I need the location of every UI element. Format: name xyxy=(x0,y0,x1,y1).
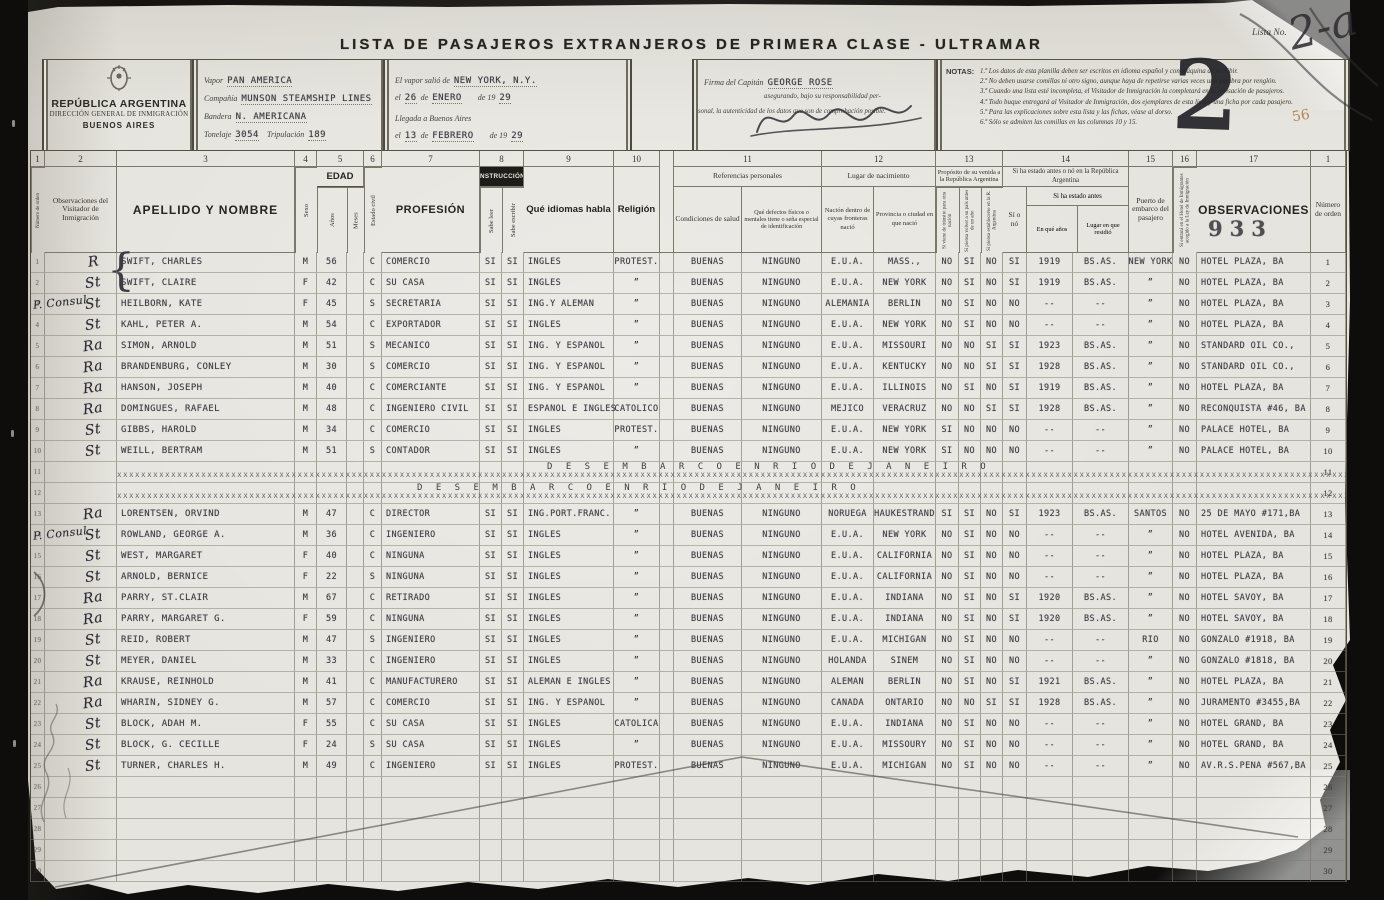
cell-num: 24 xyxy=(31,735,45,756)
cell-defectos xyxy=(742,840,822,861)
cell-anios: 47 xyxy=(317,630,347,651)
cell-nacion: E.U.A. xyxy=(822,735,874,756)
cell-lee: SI xyxy=(480,294,502,315)
cell-meses xyxy=(347,861,364,882)
cell-hotel xyxy=(1173,840,1197,861)
org-line2: DIRECCIÓN GENERAL DE INMIGRACIÓN xyxy=(44,111,194,118)
cell-blank xyxy=(660,588,674,609)
cell-p2: NO xyxy=(959,441,981,462)
cell-nacion: E.U.A. xyxy=(822,441,874,462)
cell-anos xyxy=(1027,840,1073,861)
cell-obs: HOTEL PLAZA, BA xyxy=(1197,378,1311,399)
cell-defectos: NINGUNO xyxy=(742,525,822,546)
cell-religion: PROTEST. xyxy=(614,420,660,441)
cell-anos: 1920 xyxy=(1027,588,1073,609)
cell-sexo: F xyxy=(295,609,317,630)
nota-item: 6.ª Sólo se admiten las comillas en las … xyxy=(980,118,1344,128)
cell-obs: HOTEL PLAZA, BA xyxy=(1197,273,1311,294)
cell-num: 30 xyxy=(31,861,45,882)
cell-nacion: E.U.A. xyxy=(822,609,874,630)
cell-orden: 2 xyxy=(1311,273,1346,294)
cell-orden: 3 xyxy=(1311,294,1346,315)
colnum-13: 13 xyxy=(936,151,1003,167)
org-line3: BUENOS AIRES xyxy=(44,121,194,130)
cell-meses xyxy=(347,840,364,861)
cell-obs xyxy=(1197,819,1311,840)
visitador-mark: R xyxy=(87,253,100,270)
header-observaciones-visitador: Observaciones del Visitador de Inmigraci… xyxy=(45,167,117,253)
cell-lugar: -- xyxy=(1073,756,1129,777)
cell-puerto: ” xyxy=(1129,693,1173,714)
cell-lee: SI xyxy=(480,672,502,693)
cell-obs: HOTEL SAVOY, BA xyxy=(1197,588,1311,609)
cell-religion: ” xyxy=(614,294,660,315)
cell-hotel: NO xyxy=(1173,567,1197,588)
cell-anios: 49 xyxy=(317,756,347,777)
cell-puerto: ” xyxy=(1129,294,1173,315)
cell-sino: SI xyxy=(1003,693,1027,714)
cell-hotel: NO xyxy=(1173,525,1197,546)
cell-idiomas xyxy=(524,819,614,840)
cell-salud: BUENAS xyxy=(674,294,742,315)
cell-obs: HOTEL PLAZA, BA xyxy=(1197,567,1311,588)
cell-profesion: MANUFACTURERO xyxy=(382,672,480,693)
cell-provincia xyxy=(874,840,936,861)
cell-p3: NO xyxy=(981,294,1003,315)
cell-blank xyxy=(660,819,674,840)
cell-estado: S xyxy=(364,336,382,357)
header-si-o-no: Sí o nó xyxy=(1003,187,1027,253)
tonelaje-label: Tonelaje xyxy=(204,130,231,139)
cell-meses xyxy=(347,672,364,693)
cell-escribe: SI xyxy=(502,336,524,357)
header-puerto-embarco: Puerto de embarco del pasajero xyxy=(1129,167,1173,253)
cell-lee: SI xyxy=(480,273,502,294)
colnum-11: 11 xyxy=(674,151,822,167)
header-transito: Si viene de tránsito para otra nación xyxy=(936,187,959,253)
tripulacion-label: Tripulación xyxy=(267,130,304,139)
cell-lugar: BS.AS. xyxy=(1073,378,1129,399)
cell-orden: 29 xyxy=(1311,840,1346,861)
cell-lugar xyxy=(1073,777,1129,798)
cell-meses xyxy=(347,588,364,609)
header-meses: Meses xyxy=(347,187,364,253)
cell-p1: NO xyxy=(936,651,959,672)
cell-p1 xyxy=(936,861,959,882)
colnum-last: 1 xyxy=(1311,151,1346,167)
cell-obs: GONZALO #1918, BA xyxy=(1197,630,1311,651)
cell-mark: Ra xyxy=(45,399,117,420)
cell-num: 1 xyxy=(31,252,45,273)
colnum-14: 14 xyxy=(1003,151,1129,167)
cell-sexo xyxy=(295,819,317,840)
cell-salud: BUENAS xyxy=(674,735,742,756)
cell-provincia: INDIANA xyxy=(874,609,936,630)
cell-hotel: NO xyxy=(1173,336,1197,357)
page-subtitle: DE PRIMERA CLASE - ULTRAMAR xyxy=(716,36,1043,53)
cell-p1: NO xyxy=(936,336,959,357)
cell-salud: BUENAS xyxy=(674,357,742,378)
cell-provincia: MISSOURY xyxy=(874,735,936,756)
cell-hotel: NO xyxy=(1173,588,1197,609)
header-lugar-residio: Lugar en que residió xyxy=(1078,206,1128,252)
cell-blank xyxy=(660,651,674,672)
cell-nacion: E.U.A. xyxy=(822,588,874,609)
cell-estado: S xyxy=(364,294,382,315)
cell-lee: SI xyxy=(480,567,502,588)
cell-blank xyxy=(660,399,674,420)
header-hotel-inmigrantes: Si entrará en el Hotel de Inmigrantes ac… xyxy=(1173,167,1197,253)
cell-anos: -- xyxy=(1027,756,1073,777)
cell-orden: 9 xyxy=(1311,420,1346,441)
cell-estado: S xyxy=(364,441,382,462)
cell-idiomas: ING. Y ESPANOL xyxy=(524,336,614,357)
cell-name: MEYER, DANIEL xyxy=(117,651,295,672)
cell-puerto: ” xyxy=(1129,651,1173,672)
header-provincia: Provincia o ciudad en que nació xyxy=(874,187,936,253)
cell-defectos: NINGUNO xyxy=(742,378,822,399)
cell-hotel: NO xyxy=(1173,672,1197,693)
cell-name xyxy=(117,861,295,882)
cell-lugar: BS.AS. xyxy=(1073,336,1129,357)
de19-label: de 19 xyxy=(490,131,508,140)
cell-salud xyxy=(674,798,742,819)
visitador-mark: Ra xyxy=(82,400,104,419)
cell-orden: 1 xyxy=(1311,252,1346,273)
cell-num: 17 xyxy=(31,588,45,609)
header-sexo: Sexo xyxy=(295,167,317,253)
cell-defectos: NINGUNO xyxy=(742,357,822,378)
cell-p1: NO xyxy=(936,588,959,609)
cell-hotel: NO xyxy=(1173,630,1197,651)
cell-name: LORENTSEN, ORVIND xyxy=(117,504,295,525)
cell-profesion xyxy=(382,861,480,882)
cell-anios: 33 xyxy=(317,651,347,672)
cell-lee: SI xyxy=(480,504,502,525)
cell-anios: 36 xyxy=(317,525,347,546)
cell-mark: St xyxy=(45,546,117,567)
cell-meses xyxy=(347,336,364,357)
cell-provincia: MICHIGAN xyxy=(874,630,936,651)
cell-puerto xyxy=(1129,798,1173,819)
cell-p2: SI xyxy=(959,672,981,693)
cell-obs: HOTEL PLAZA, BA xyxy=(1197,294,1311,315)
cell-anos: -- xyxy=(1027,294,1073,315)
cell-escribe: SI xyxy=(502,672,524,693)
cell-lugar: -- xyxy=(1073,315,1129,336)
vapor-value: PAN AMERICA xyxy=(227,76,292,87)
cell-blank xyxy=(660,609,674,630)
cell-sino: NO xyxy=(1003,630,1027,651)
cell-obs xyxy=(1197,798,1311,819)
cell-idiomas: INGLES xyxy=(524,735,614,756)
cell-escribe xyxy=(502,861,524,882)
cell-puerto: ” xyxy=(1129,609,1173,630)
cell-idiomas: INGLES xyxy=(524,756,614,777)
cell-name: DOMINGUES, RAFAEL xyxy=(117,399,295,420)
cell-mark xyxy=(45,840,117,861)
cell-meses xyxy=(347,798,364,819)
cell-sexo: M xyxy=(295,336,317,357)
colnum-7: 7 xyxy=(382,151,480,167)
cell-hotel: NO xyxy=(1173,504,1197,525)
argentina-crest-icon xyxy=(106,64,132,94)
cell-puerto xyxy=(1129,861,1173,882)
cell-lee xyxy=(480,798,502,819)
cell-salud: BUENAS xyxy=(674,567,742,588)
header-left-orden: Número de orden xyxy=(31,167,45,253)
cell-salud: BUENAS xyxy=(674,420,742,441)
cell-p3 xyxy=(981,861,1003,882)
cell-p1 xyxy=(936,840,959,861)
cell-p3: SI xyxy=(981,693,1003,714)
salio-port: NEW YORK, N.Y. xyxy=(454,76,537,87)
cell-p1: NO xyxy=(936,735,959,756)
cell-orden: 17 xyxy=(1311,588,1346,609)
cell-obs: STANDARD OIL CO., xyxy=(1197,357,1311,378)
cell-nacion xyxy=(822,777,874,798)
cell-sexo: F xyxy=(295,546,317,567)
cell-p3: NO xyxy=(981,588,1003,609)
cell-profesion: NINGUNA xyxy=(382,546,480,567)
cell-p1: NO xyxy=(936,294,959,315)
cell-salud: BUENAS xyxy=(674,693,742,714)
lista-no-handwritten: 2-a xyxy=(1283,0,1362,61)
cell-estado: C xyxy=(364,546,382,567)
cell-profesion: MECANICO xyxy=(382,336,480,357)
cell-salud xyxy=(674,819,742,840)
cell-blank xyxy=(660,546,674,567)
cell-puerto: ” xyxy=(1129,756,1173,777)
cell-lugar xyxy=(1073,840,1129,861)
el-label: el xyxy=(395,93,401,102)
cell-mark: Ra xyxy=(45,672,117,693)
cell-p2: SI xyxy=(959,651,981,672)
cell-lugar: BS.AS. xyxy=(1073,672,1129,693)
binding-stitch xyxy=(11,430,14,437)
cell-estado: C xyxy=(364,504,382,525)
cell-sino: NO xyxy=(1003,441,1027,462)
cell-religion: PROTEST. xyxy=(614,756,660,777)
cell-p1: NO xyxy=(936,693,959,714)
cell-obs: JURAMENTO #3455,BA xyxy=(1197,693,1311,714)
colnum-12: 12 xyxy=(822,151,936,167)
cell-escribe xyxy=(502,798,524,819)
de-label: de xyxy=(421,93,429,102)
cell-anios: 40 xyxy=(317,546,347,567)
cell-name xyxy=(117,798,295,819)
cell-escribe: SI xyxy=(502,252,524,273)
cell-orden: 13 xyxy=(1311,504,1346,525)
cell-sino: NO xyxy=(1003,294,1027,315)
cell-mark: Ra xyxy=(45,504,117,525)
cell-nacion xyxy=(822,861,874,882)
cell-profesion: INGENIERO CIVIL xyxy=(382,399,480,420)
cell-anos: 1928 xyxy=(1027,693,1073,714)
cell-defectos: NINGUNO xyxy=(742,567,822,588)
cell-sino xyxy=(1003,819,1027,840)
cell-p2: NO xyxy=(959,357,981,378)
cell-provincia xyxy=(874,861,936,882)
cell-idiomas: ING. Y ESPANOL xyxy=(524,378,614,399)
cell-p1 xyxy=(936,777,959,798)
cell-anos: -- xyxy=(1027,714,1073,735)
cell-idiomas: INGLES xyxy=(524,315,614,336)
cell-hotel: NO xyxy=(1173,714,1197,735)
visitador-mark: St xyxy=(84,715,102,733)
cell-profesion: EXPORTADOR xyxy=(382,315,480,336)
cell-lee: SI xyxy=(480,378,502,399)
cell-hotel: NO xyxy=(1173,378,1197,399)
cell-salud: BUENAS xyxy=(674,546,742,567)
cell-profesion: COMERCIO xyxy=(382,252,480,273)
tripulacion-value: 189 xyxy=(308,130,326,141)
notas-box: NOTAS: 1.ª Los datos de esta planilla de… xyxy=(936,59,1350,151)
nota-item: 2.ª No deben usarse comillas ni otro sig… xyxy=(980,77,1344,87)
cell-obs: RECONQUISTA #46, BA xyxy=(1197,399,1311,420)
cell-sino: NO xyxy=(1003,567,1027,588)
cell-anos: -- xyxy=(1027,420,1073,441)
cell-p1: NO xyxy=(936,273,959,294)
cell-religion: ” xyxy=(614,336,660,357)
cell-idiomas: INGLES xyxy=(524,420,614,441)
cell-sino: SI xyxy=(1003,672,1027,693)
cell-num: 27 xyxy=(31,798,45,819)
cell-escribe: SI xyxy=(502,525,524,546)
firma-label: Firma del Capitán xyxy=(704,78,764,87)
cell-puerto: ” xyxy=(1129,336,1173,357)
cell-p2: SI xyxy=(959,609,981,630)
cell-p1: NO xyxy=(936,756,959,777)
cell-name: WEST, MARGARET xyxy=(117,546,295,567)
cell-defectos: NINGUNO xyxy=(742,693,822,714)
cell-mark: St xyxy=(45,714,117,735)
cell-p2: SI xyxy=(959,525,981,546)
visitador-mark: St xyxy=(84,442,102,460)
cell-p2: SI xyxy=(959,567,981,588)
cell-profesion xyxy=(382,840,480,861)
cell-provincia: ONTARIO xyxy=(874,693,936,714)
header-anios: Años xyxy=(317,187,347,253)
visitador-mark: St xyxy=(84,757,102,775)
cell-idiomas: ING.Y ALEMAN xyxy=(524,294,614,315)
cell-puerto: ” xyxy=(1129,357,1173,378)
cell-hotel: NO xyxy=(1173,735,1197,756)
cell-nacion: E.U.A. xyxy=(822,252,874,273)
cell-estado xyxy=(364,840,382,861)
cell-profesion: SU CASA xyxy=(382,735,480,756)
cell-orden: 5 xyxy=(1311,336,1346,357)
cell-provincia: NEW YORK xyxy=(874,273,936,294)
cell-salud: BUENAS xyxy=(674,714,742,735)
cell-salud: BUENAS xyxy=(674,588,742,609)
cell-num: 16 xyxy=(31,567,45,588)
cell-blank xyxy=(660,420,674,441)
cell-salud: BUENAS xyxy=(674,651,742,672)
cell-blank xyxy=(660,567,674,588)
cell-orden: 23 xyxy=(1311,714,1346,735)
cell-orden: 28 xyxy=(1311,819,1346,840)
cell-sino xyxy=(1003,777,1027,798)
cell-provincia: SINEM xyxy=(874,651,936,672)
cell-defectos: NINGUNO xyxy=(742,735,822,756)
cell-mark xyxy=(45,861,117,882)
cell-religion: CATOLICA xyxy=(614,714,660,735)
cell-defectos: NINGUNO xyxy=(742,336,822,357)
cell-escribe: SI xyxy=(502,735,524,756)
cell-religion: ” xyxy=(614,693,660,714)
cell-anios xyxy=(317,861,347,882)
notas-list: 1.ª Los datos de esta planilla deben ser… xyxy=(980,67,1344,128)
cell-blank xyxy=(660,294,674,315)
page-title: LISTA DE PASAJEROS EXTRANJEROS xyxy=(340,36,709,53)
captain-box: Firma del Capitán GEORGE ROSE asegurando… xyxy=(692,59,940,151)
colnum-1: 1 xyxy=(31,151,45,167)
cell-nacion xyxy=(822,798,874,819)
cell-profesion: COMERCIO xyxy=(382,693,480,714)
cell-name: ARNOLD, BERNICE xyxy=(117,567,295,588)
cell-provincia: MISSOURI xyxy=(874,336,936,357)
bandera-label: Bandera xyxy=(204,112,232,121)
cell-blank xyxy=(660,840,674,861)
cell-lugar: -- xyxy=(1073,420,1129,441)
colnum-4: 4 xyxy=(295,151,317,167)
cell-sexo: M xyxy=(295,357,317,378)
cell-puerto: ” xyxy=(1129,714,1173,735)
cell-puerto: ” xyxy=(1129,735,1173,756)
cell-mark: St xyxy=(45,420,117,441)
cell-name: REID, ROBERT xyxy=(117,630,295,651)
cell-salud: BUENAS xyxy=(674,672,742,693)
cell-hotel: NO xyxy=(1173,693,1197,714)
cell-num: 11 xyxy=(31,462,45,483)
cell-escribe: SI xyxy=(502,273,524,294)
cell-orden: 7 xyxy=(1311,378,1346,399)
cell-idiomas: ESPANOL E INGLES xyxy=(524,399,614,420)
cell-meses xyxy=(347,420,364,441)
cell-estado: C xyxy=(364,252,382,273)
cell-profesion: CONTADOR xyxy=(382,441,480,462)
cell-estado: C xyxy=(364,525,382,546)
cell-idiomas: INGLES xyxy=(524,252,614,273)
cell-lugar: BS.AS. xyxy=(1073,609,1129,630)
cell-p2: SI xyxy=(959,630,981,651)
cell-orden: 21 xyxy=(1311,672,1346,693)
cell-estado: C xyxy=(364,756,382,777)
cell-estado: S xyxy=(364,735,382,756)
cell-num: 9 xyxy=(31,420,45,441)
cell-obs: PALACE HOTEL, BA xyxy=(1197,441,1311,462)
cell-num: 4 xyxy=(31,315,45,336)
cell-sino: NO xyxy=(1003,420,1027,441)
cell-escribe: SI xyxy=(502,756,524,777)
cell-lee: SI xyxy=(480,588,502,609)
cell-name: KRAUSE, REINHOLD xyxy=(117,672,295,693)
cell-meses xyxy=(347,315,364,336)
cell-sino: SI xyxy=(1003,609,1027,630)
cell-num: 21 xyxy=(31,672,45,693)
cell-obs: AV.R.S.PENA #567,BA xyxy=(1197,756,1311,777)
cell-sino: SI xyxy=(1003,357,1027,378)
visitador-mark: Ra xyxy=(82,589,104,608)
cell-p1: SI xyxy=(936,420,959,441)
cell-anos: -- xyxy=(1027,441,1073,462)
cell-num: 12 xyxy=(31,483,45,504)
cell-lee xyxy=(480,819,502,840)
cell-lee xyxy=(480,777,502,798)
cell-escribe: SI xyxy=(502,357,524,378)
cell-orden: 20 xyxy=(1311,651,1346,672)
